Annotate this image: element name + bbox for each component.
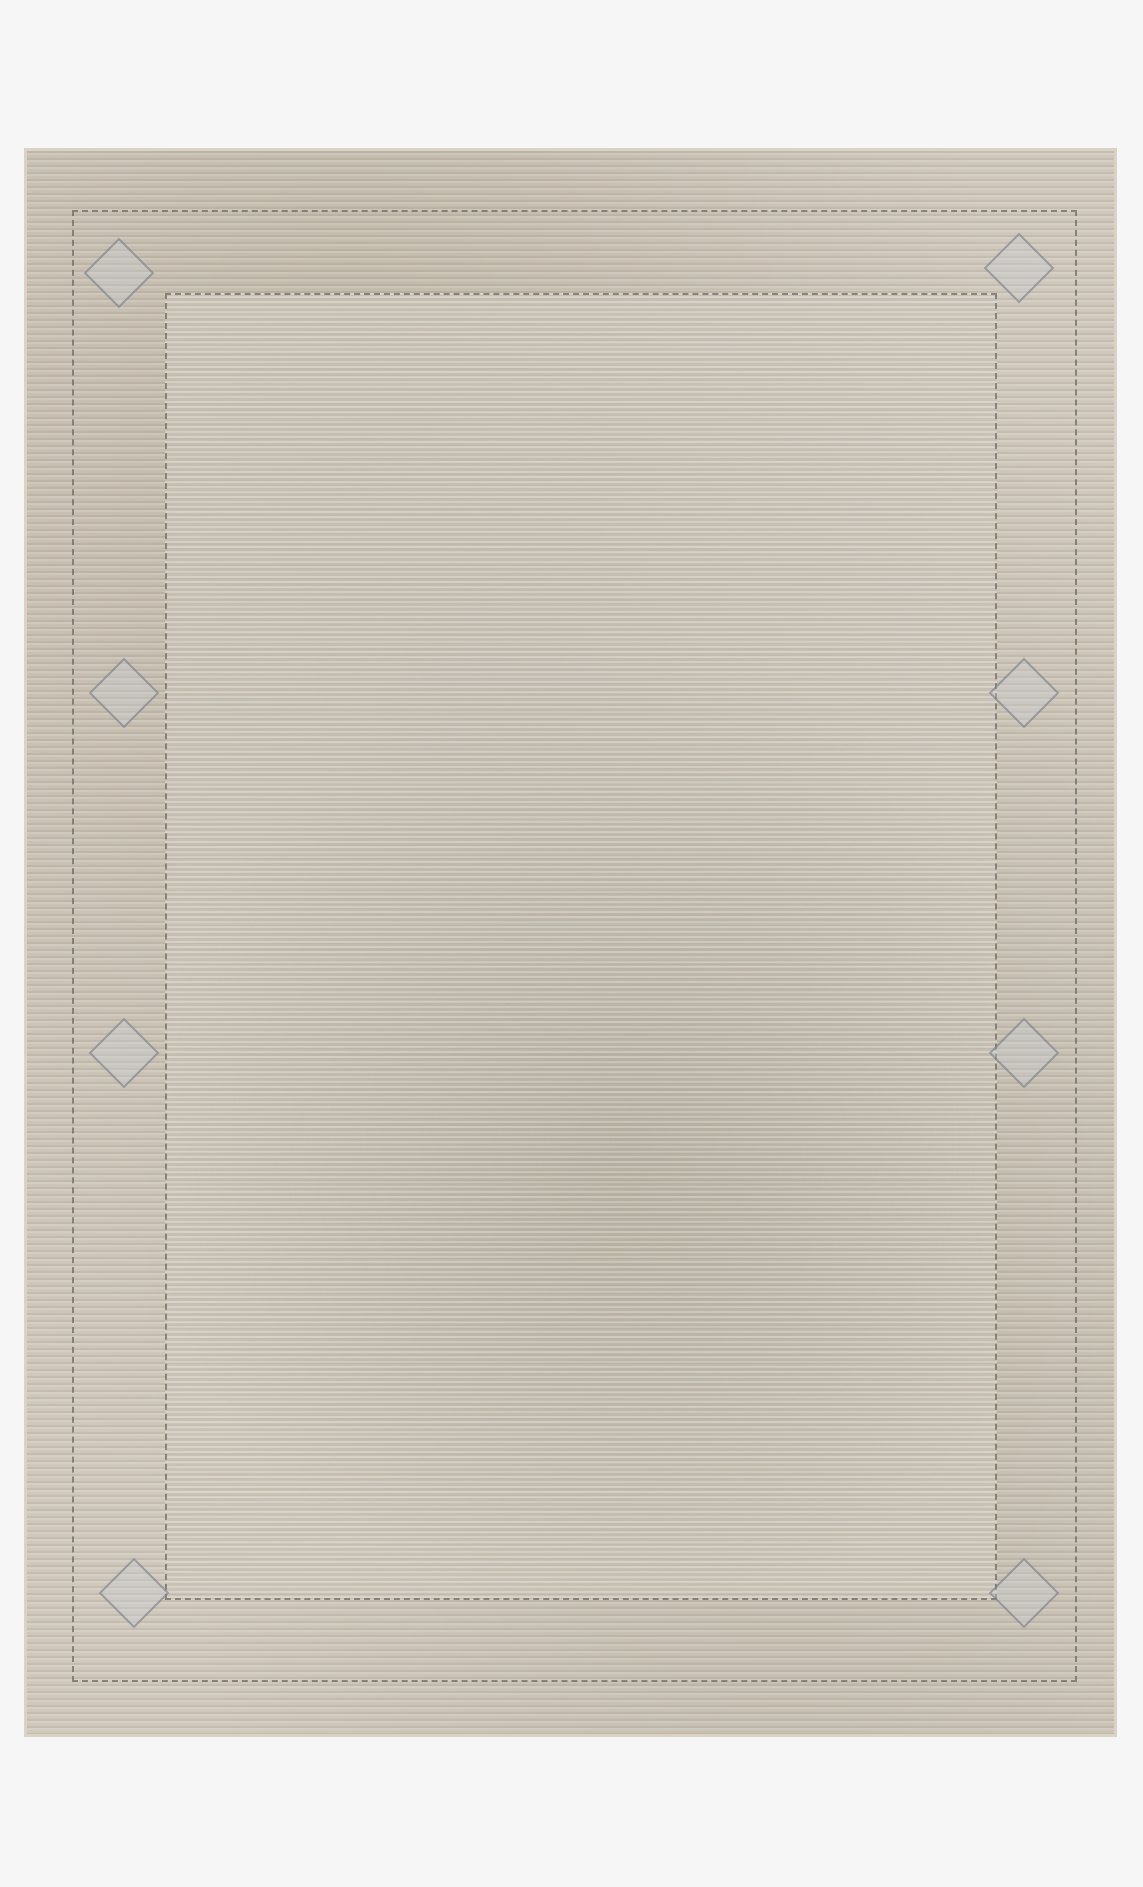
rug-center-field [165,293,997,1600]
rug [24,148,1117,1737]
